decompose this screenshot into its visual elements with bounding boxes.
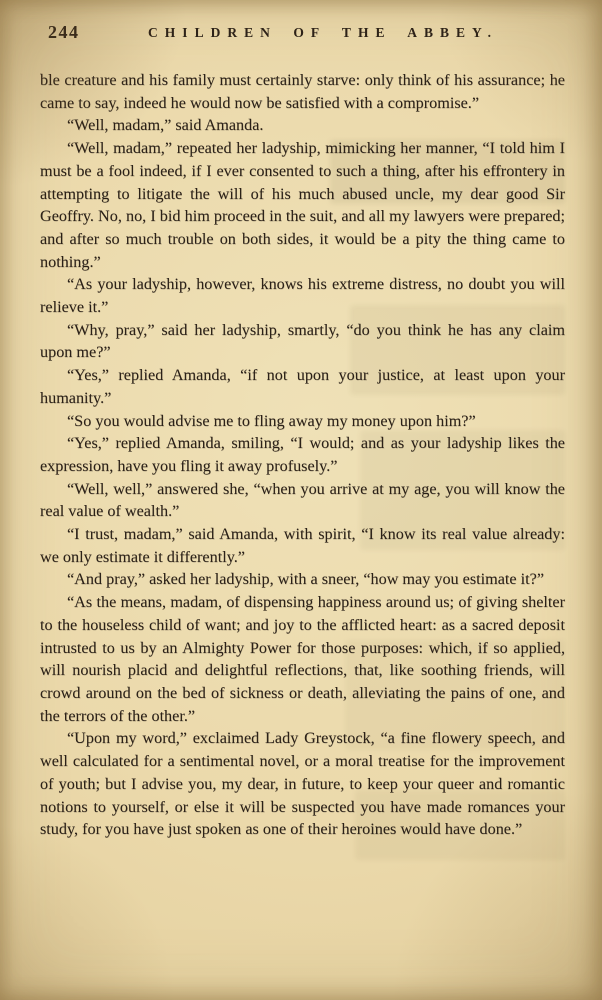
- paragraph: “As your ladyship, however, knows his ex…: [40, 273, 565, 318]
- paragraph: “Yes,” replied Amanda, “if not upon your…: [40, 364, 565, 409]
- paragraph: ble creature and his family must certain…: [40, 69, 565, 114]
- paragraph: “I trust, madam,” said Amanda, with spir…: [40, 523, 565, 568]
- paragraph: “So you would advise me to fling away my…: [40, 410, 565, 433]
- paragraph: “Well, well,” answered she, “when you ar…: [40, 478, 565, 523]
- body-text: ble creature and his family must certain…: [40, 69, 565, 841]
- paragraph: “Well, madam,” repeated her ladyship, mi…: [40, 137, 565, 273]
- paragraph: “Well, madam,” said Amanda.: [40, 114, 565, 137]
- page-number: 244: [48, 22, 80, 43]
- paragraph: “Yes,” replied Amanda, smiling, “I would…: [40, 432, 565, 477]
- paragraph: “Why, pray,” said her ladyship, smartly,…: [40, 319, 565, 364]
- running-title: CHILDREN OF THE ABBEY.: [88, 25, 558, 41]
- page-header: 244 CHILDREN OF THE ABBEY.: [48, 22, 558, 48]
- scanned-book-page: 244 CHILDREN OF THE ABBEY. ble creature …: [0, 0, 602, 1000]
- paragraph: “As the means, madam, of dispensing happ…: [40, 591, 565, 727]
- paragraph: “Upon my word,” exclaimed Lady Greystock…: [40, 727, 565, 841]
- paragraph: “And pray,” asked her ladyship, with a s…: [40, 568, 565, 591]
